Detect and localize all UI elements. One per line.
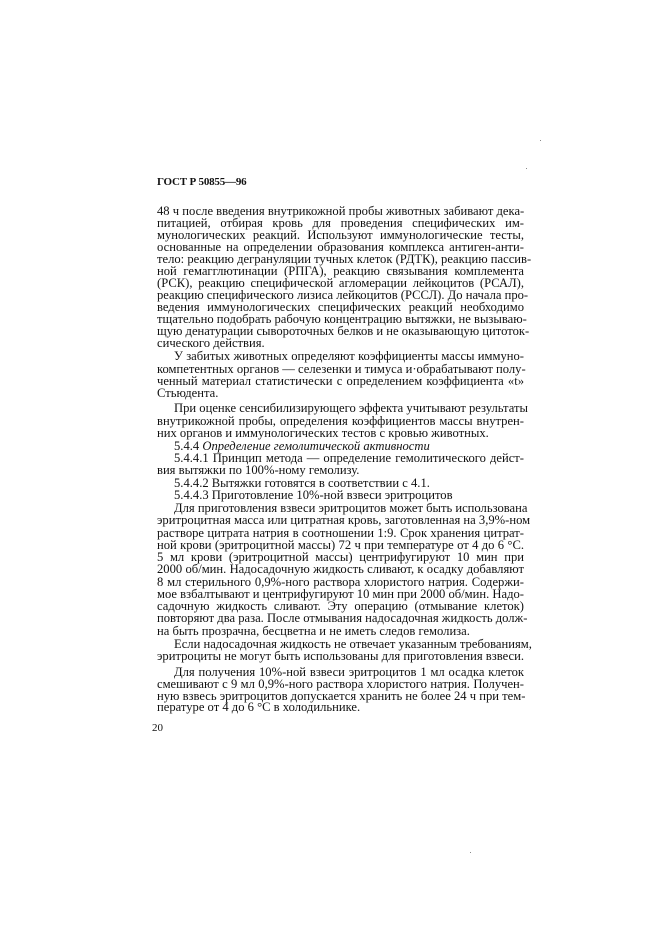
text-line: повторяют два раза. После отмывания надо… <box>157 612 524 624</box>
text-line: на быть прозрачна, бесцветна и не иметь … <box>157 625 524 637</box>
text-line: эритроциты не могут быть использованы дл… <box>157 650 524 662</box>
text-line: У забитых животных определяют коэффициен… <box>174 350 524 362</box>
text-line: Стьюдента. <box>157 387 524 399</box>
text-line: них органов и иммунологических тестов с … <box>157 427 524 439</box>
scan-speck <box>526 168 527 169</box>
text-line: При оценке сенсибилизирующего эффекта уч… <box>174 402 524 414</box>
document-page: ГОСТ Р 50855—96 48 ч после введения внут… <box>0 0 661 935</box>
document-header: ГОСТ Р 50855—96 <box>157 176 246 188</box>
text-line: 5.4.4.3 Приготовление 10%-ной взвеси эри… <box>174 489 524 501</box>
scan-speck <box>470 852 471 853</box>
scan-speck <box>540 140 541 141</box>
text-line: сического действия. <box>157 337 524 349</box>
text-line: 2000 об/мин. Надосадочную жидкость слива… <box>157 563 524 575</box>
text-line: вия вытяжки по 100%-ному гемолизу. <box>157 464 524 476</box>
text-line: пературе от 4 до 6 °С в холодильнике. <box>157 701 524 713</box>
page-number: 20 <box>152 722 163 734</box>
text-line: эритроцитная масса или цитратная кровь, … <box>157 514 524 526</box>
